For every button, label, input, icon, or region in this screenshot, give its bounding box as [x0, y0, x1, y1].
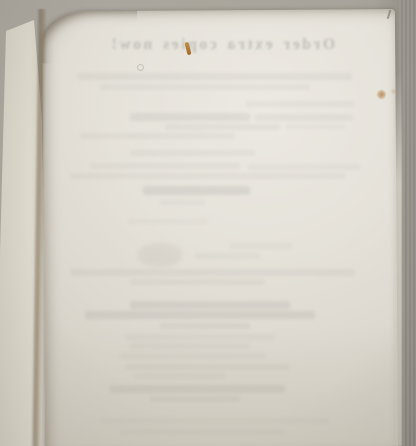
press-mark-dot — [137, 64, 144, 71]
page-corner-curl — [42, 11, 137, 64]
blank-book-page — [42, 9, 398, 446]
foxing-stain-large — [377, 90, 386, 99]
under-pages-edge — [395, 70, 402, 446]
book-photo: Order extra copies now! — [0, 0, 416, 446]
foxing-stain-small — [391, 89, 396, 94]
